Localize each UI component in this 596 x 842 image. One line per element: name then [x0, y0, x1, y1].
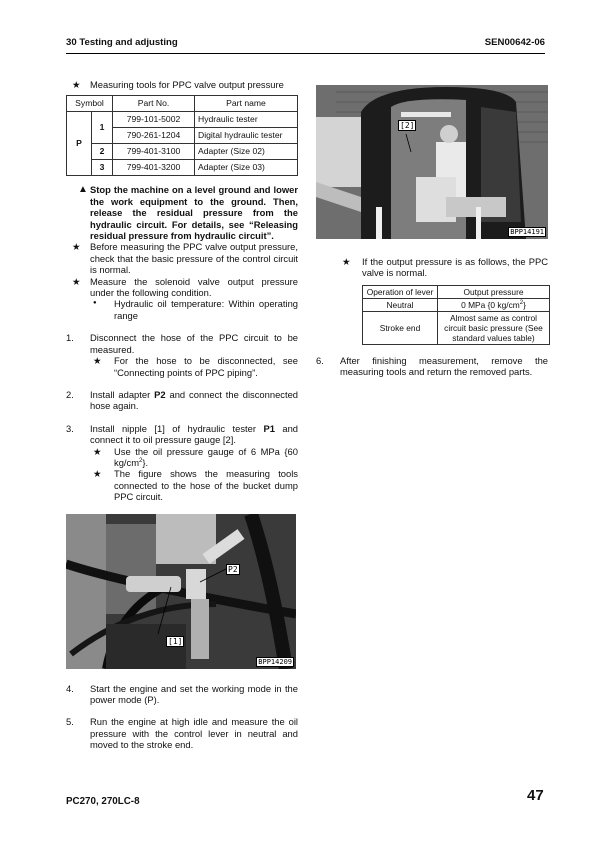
- table-row: Neutral 0 MPa {0 kg/cm2}: [363, 298, 550, 311]
- left-column: ★ Measuring tools for PPC valve output p…: [66, 79, 298, 751]
- step-6: 6. After finishing measurement, remove t…: [316, 355, 548, 378]
- section-title: 30 Testing and adjusting: [66, 37, 178, 48]
- bullet-icon: ●: [93, 298, 97, 309]
- hose-connection-photo: P2 [1] BPP14209: [66, 514, 296, 669]
- table-row: 2 799-401-3100 Adapter (Size 02): [67, 144, 298, 160]
- star-icon: ★: [93, 468, 101, 479]
- operator-cab-photo: [2] BPP14191: [316, 82, 548, 239]
- step-3-note-figure: ★ The figure shows the measuring tools c…: [66, 468, 298, 502]
- step-3: 3. Install nipple [1] of hydraulic teste…: [66, 423, 298, 446]
- step-1-note: ★ For the hose to be disconnected, see “…: [66, 355, 298, 378]
- condition-bullet: ● Hydraulic oil temperature: Within oper…: [66, 298, 298, 321]
- col-header-pressure: Output pressure: [438, 285, 550, 298]
- step-5: 5. Run the engine at high idle and measu…: [66, 716, 298, 750]
- table-row: 3 799-401-3200 Adapter (Size 03): [67, 160, 298, 176]
- right-column: [2] BPP14191 ★ If the output pressure is…: [316, 82, 548, 378]
- output-pressure-table: Operation of lever Output pressure Neutr…: [362, 285, 550, 345]
- figure-code: BPP14209: [256, 657, 294, 667]
- star-icon: ★: [72, 241, 80, 252]
- col-header-part-name: Part name: [195, 96, 298, 112]
- callout-1: [1]: [166, 636, 184, 647]
- table-row: Stroke end Almost same as control circui…: [363, 311, 550, 344]
- star-icon: ★: [72, 79, 80, 90]
- star-icon: ★: [72, 276, 80, 287]
- safety-warning: ▲ Stop the machine on a level ground and…: [66, 184, 298, 241]
- step-1: 1. Disconnect the hose of the PPC circui…: [66, 332, 298, 355]
- table-row: P 1 799-101-5002 Hydraulic tester: [67, 112, 298, 128]
- note-measure-condition: ★ Measure the solenoid valve output pres…: [66, 276, 298, 299]
- star-icon: ★: [342, 256, 350, 267]
- figure-code: BPP14191: [508, 227, 546, 237]
- page-header: 30 Testing and adjusting SEN00642-06: [66, 37, 545, 54]
- measuring-tools-table: Symbol Part No. Part name P 1 799-101-50…: [66, 95, 298, 176]
- warning-icon: ▲: [78, 184, 88, 195]
- symbol-cell: P: [67, 112, 92, 176]
- document-code: SEN00642-06: [485, 37, 545, 48]
- col-header-part-no: Part No.: [113, 96, 195, 112]
- step-2: 2. Install adapter P2 and connect the di…: [66, 389, 298, 412]
- star-icon: ★: [93, 355, 101, 366]
- col-header-operation: Operation of lever: [363, 285, 438, 298]
- step-3-note-gauge: ★ Use the oil pressure gauge of 6 MPa {6…: [66, 446, 298, 469]
- normal-pressure-note: ★ If the output pressure is as follows, …: [316, 256, 548, 279]
- note-basic-pressure: ★ Before measuring the PPC valve output …: [66, 241, 298, 275]
- page-number: 47: [527, 790, 544, 801]
- callout-2: [2]: [398, 120, 416, 131]
- callout-p2: P2: [226, 564, 240, 575]
- model-name: PC270, 270LC-8: [66, 796, 140, 807]
- tools-intro: ★ Measuring tools for PPC valve output p…: [66, 79, 298, 90]
- star-icon: ★: [93, 446, 101, 457]
- col-header-symbol: Symbol: [67, 96, 113, 112]
- step-4: 4. Start the engine and set the working …: [66, 683, 298, 706]
- excavator-cab-image: [316, 82, 548, 239]
